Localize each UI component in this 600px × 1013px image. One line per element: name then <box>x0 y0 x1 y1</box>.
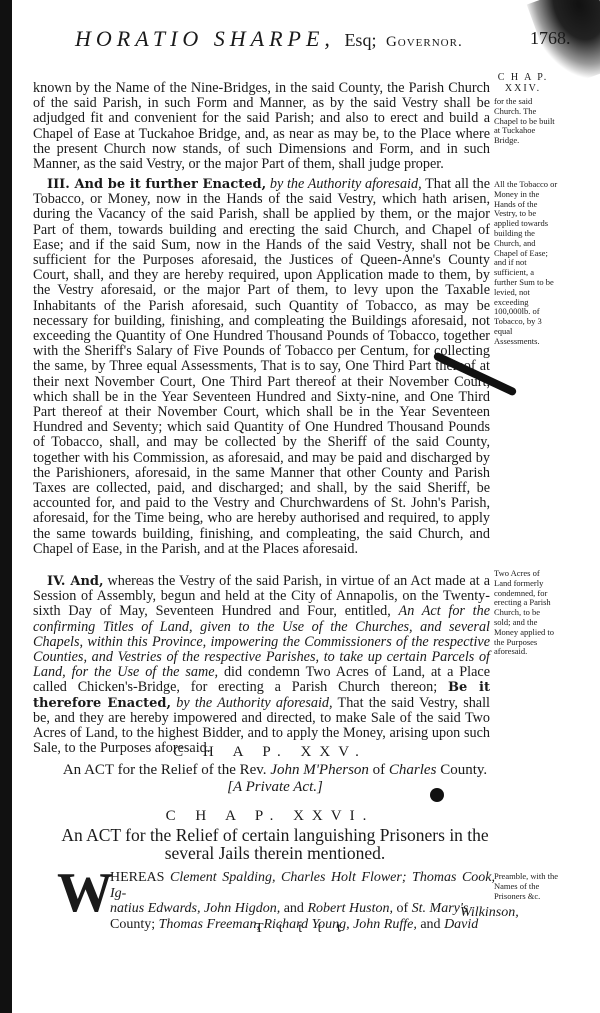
header-year: 1768. <box>530 28 571 49</box>
preamble-whereas: HEREAS <box>110 870 164 885</box>
margin-note-4: Preamble, with the Names of the Prisoner… <box>494 872 558 901</box>
chapter-25-heading: C H A P. XXV. <box>50 744 490 761</box>
preamble-and-2: and <box>420 917 440 932</box>
header-title: Governor. <box>386 34 463 50</box>
preamble-of: of <box>397 901 409 916</box>
chapter-26-title: An ACT for the Relief of certain languis… <box>50 826 500 862</box>
section-iv-lead: IV. And, <box>47 574 104 589</box>
preamble-names-2: natius Edwards, John Higdon, <box>110 901 280 916</box>
signature-mark: T t t t t <box>255 921 347 937</box>
header-esq: Esq; <box>344 30 376 50</box>
chapter-25-title-c: County. <box>440 762 487 778</box>
section-iv-authority: by the Authority aforesaid, <box>176 695 332 711</box>
catchword: Wilkinson, <box>460 905 519 921</box>
chapter-side-label: C H A P. XXIV. <box>493 72 553 94</box>
section-iv: IV. And, whereas the Vestry of the said … <box>33 574 490 756</box>
preamble-names-1: Clement Spalding, Charles Holt Flower; T… <box>110 870 495 901</box>
chapter-25-title-of: of <box>373 762 386 778</box>
header-name: HORATIO SHARPE, <box>75 26 335 51</box>
margin-note-3: Two Acres of Land formerly condemned, fo… <box>494 569 558 657</box>
preamble-county-word: County; <box>110 917 155 932</box>
section-iii-text: That all the Tobacco, or Money, now in t… <box>33 176 490 557</box>
margin-note-2: All the Tobacco or Money in the Hands of… <box>494 180 558 347</box>
paragraph-continuation: known by the Name of the Nine-Bridges, i… <box>33 81 490 172</box>
chapter-25-title-name: John M'Pherson <box>270 762 369 778</box>
section-iii: III. And be it further Enacted, by the A… <box>33 177 490 557</box>
chapter-26-title-line2: several Jails therein mentioned. <box>50 844 500 862</box>
chapter-25-title-a: An ACT for the Relief of the Rev. <box>63 762 267 778</box>
running-header: HORATIO SHARPE, Esq; Governor. <box>75 26 520 52</box>
chapter-26-title-line1: An ACT for the Relief of certain languis… <box>50 826 500 844</box>
paragraph-1: known by the Name of the Nine-Bridges, i… <box>33 81 490 172</box>
scan-border <box>0 0 12 1013</box>
preamble-and: and <box>284 901 304 916</box>
section-iii-authority: by the Authority aforesaid, <box>270 176 422 192</box>
chapter-25-title-county: Charles <box>389 762 437 778</box>
drop-cap: W <box>57 868 113 918</box>
chapter-side-number: XXIV. <box>493 83 553 94</box>
section-iii-lead: III. And be it further Enacted, <box>47 177 266 192</box>
chapter-26-heading: C H A P. XXVI. <box>50 808 490 825</box>
margin-note-1: for the said Church. The Chapel to be bu… <box>494 97 558 146</box>
preamble-names-3: Robert Huston, <box>307 901 393 916</box>
ink-blot <box>430 788 444 802</box>
chapter-side-chap: C H A P. <box>493 72 553 83</box>
document-page: HORATIO SHARPE, Esq; Governor. 1768. C H… <box>0 0 600 1013</box>
chapter-25-title: An ACT for the Relief of the Rev. John M… <box>50 762 500 779</box>
